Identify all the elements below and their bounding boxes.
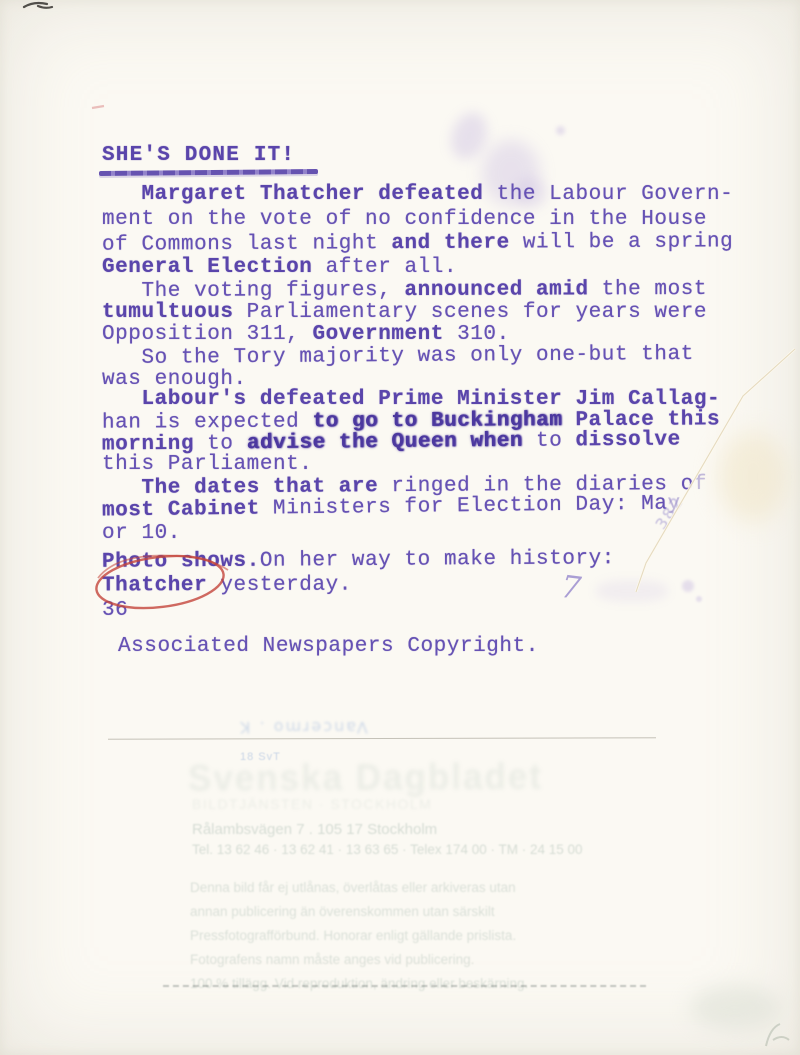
text-segment: Associated Newspapers Copyright.: [118, 635, 539, 658]
stamp-address: Rålambsvägen 7 . 105 17 Stockholm: [192, 821, 437, 838]
text-segment: will be a spring: [510, 230, 734, 254]
stamp-conditions: Denna bild får ej utlånas, överlåtas ell…: [190, 876, 620, 996]
ink-smudge: [445, 108, 493, 165]
text-segment: to: [523, 429, 576, 452]
text-segment: and there: [391, 232, 509, 256]
typewritten-line: Labour's defeated Prime Minister Jim Cal…: [102, 389, 720, 410]
text-segment: Ministers for Election Day: Ma: [260, 493, 668, 521]
text-segment: the most: [589, 278, 707, 301]
typewritten-line: General Election after all.: [102, 257, 457, 278]
stamp-condition-line: annan publicering än överenskommen utan …: [190, 900, 620, 924]
text-segment: [102, 477, 142, 500]
ink-dot: [696, 596, 702, 602]
stamp-top-rule: [108, 737, 656, 739]
stamp-condition-line: Pressfotografförbund. Honorar enligt gäl…: [190, 924, 620, 948]
headline: SHE'S DONE IT!: [102, 144, 295, 167]
text-segment: advise the Queen when: [247, 430, 523, 455]
typewritten-line: or 10.: [102, 523, 181, 544]
handwritten-number: 7: [559, 569, 583, 607]
text-segment: of Commons last night: [102, 232, 391, 257]
stamp-condition-line: Denna bild får ej utlånas, överlåtas ell…: [190, 876, 620, 900]
text-segment: Labour's defeated Prime Minister Jim Cal…: [141, 388, 720, 411]
text-segment: the Labour Govern-: [483, 183, 733, 206]
photo-caption-back: 18 SvT Vancermo . K Svenska Dagbladet BI…: [0, 0, 800, 1055]
typewritten-line: Opposition 311, Government 310.: [102, 324, 510, 345]
red-circle-annotation: [80, 544, 255, 622]
text-segment: this Parliament.: [102, 453, 312, 476]
text-segment: On her way to make history:: [260, 547, 615, 572]
mirrored-showthrough-text: Vancermo . K: [238, 718, 368, 737]
text-segment: Government: [312, 323, 444, 346]
ink-smudge: [556, 126, 565, 135]
typewritten-line: most Cabinet Ministers for Election Day:…: [102, 493, 681, 521]
typewritten-line: Associated Newspapers Copyright.: [118, 636, 539, 657]
text-segment: [102, 183, 141, 206]
stamp-logo-subline: BILDTJÄNSTEN · STOCKHOLM: [192, 796, 612, 812]
text-segment: after all.: [312, 256, 457, 279]
typewritten-line: So the Tory majority was only one-but th…: [102, 344, 694, 369]
text-segment: f: [694, 473, 707, 496]
stamp-bottom-rule: [163, 985, 646, 987]
typewritten-line: tumultuous Parliamentary scenes for year…: [102, 302, 707, 323]
text-segment: Opposition 311,: [102, 323, 312, 346]
text-segment: ment on the vote of no confidence in the…: [102, 208, 707, 231]
text-segment: dissolve: [575, 428, 680, 452]
typewritten-line: ment on the vote of no confidence in the…: [102, 209, 707, 230]
text-segment: The voting figures,: [102, 279, 405, 303]
typewritten-line: this Parliament.: [102, 454, 312, 475]
text-segment: tumultuous: [102, 301, 234, 324]
text-segment: announced amid: [404, 278, 588, 302]
text-segment: or 10.: [102, 522, 181, 545]
paper-stain: [718, 432, 788, 522]
typewritten-line: was enough.: [102, 369, 247, 390]
headline-underline: [99, 169, 318, 176]
stamp-phone: Tel. 13 62 46 · 13 62 41 · 13 63 65 · Te…: [192, 842, 583, 857]
typewritten-line: morning to advise the Queen when to diss…: [102, 429, 681, 455]
typewritten-line: The voting figures, announced amid the m…: [102, 279, 707, 302]
ink-smear: [596, 580, 668, 602]
stamp-logo: Svenska Dagbladet: [188, 756, 618, 800]
text-segment: Parliamentary scenes for years were: [234, 301, 707, 324]
typewritten-line: Margaret Thatcher defeated the Labour Go…: [102, 184, 733, 205]
text-segment: So the Tory majority was only one-but th…: [102, 343, 694, 370]
stamp-condition-line: Fotografens namn måste anges vid publice…: [190, 948, 620, 972]
text-segment: 310.: [444, 323, 510, 346]
ink-dot: [682, 580, 694, 592]
text-segment: [102, 388, 141, 411]
paper-stain: [690, 985, 780, 1030]
text-segment: General Election: [102, 256, 312, 279]
typewritten-line: of Commons last night and there will be …: [102, 231, 733, 255]
text-segment: most Cabinet: [102, 498, 260, 523]
text-segment: Margaret Thatcher defeated: [141, 183, 483, 206]
stamp-condition-line: 100 % tillägg. Vid reproduktion, ändring…: [190, 972, 620, 996]
